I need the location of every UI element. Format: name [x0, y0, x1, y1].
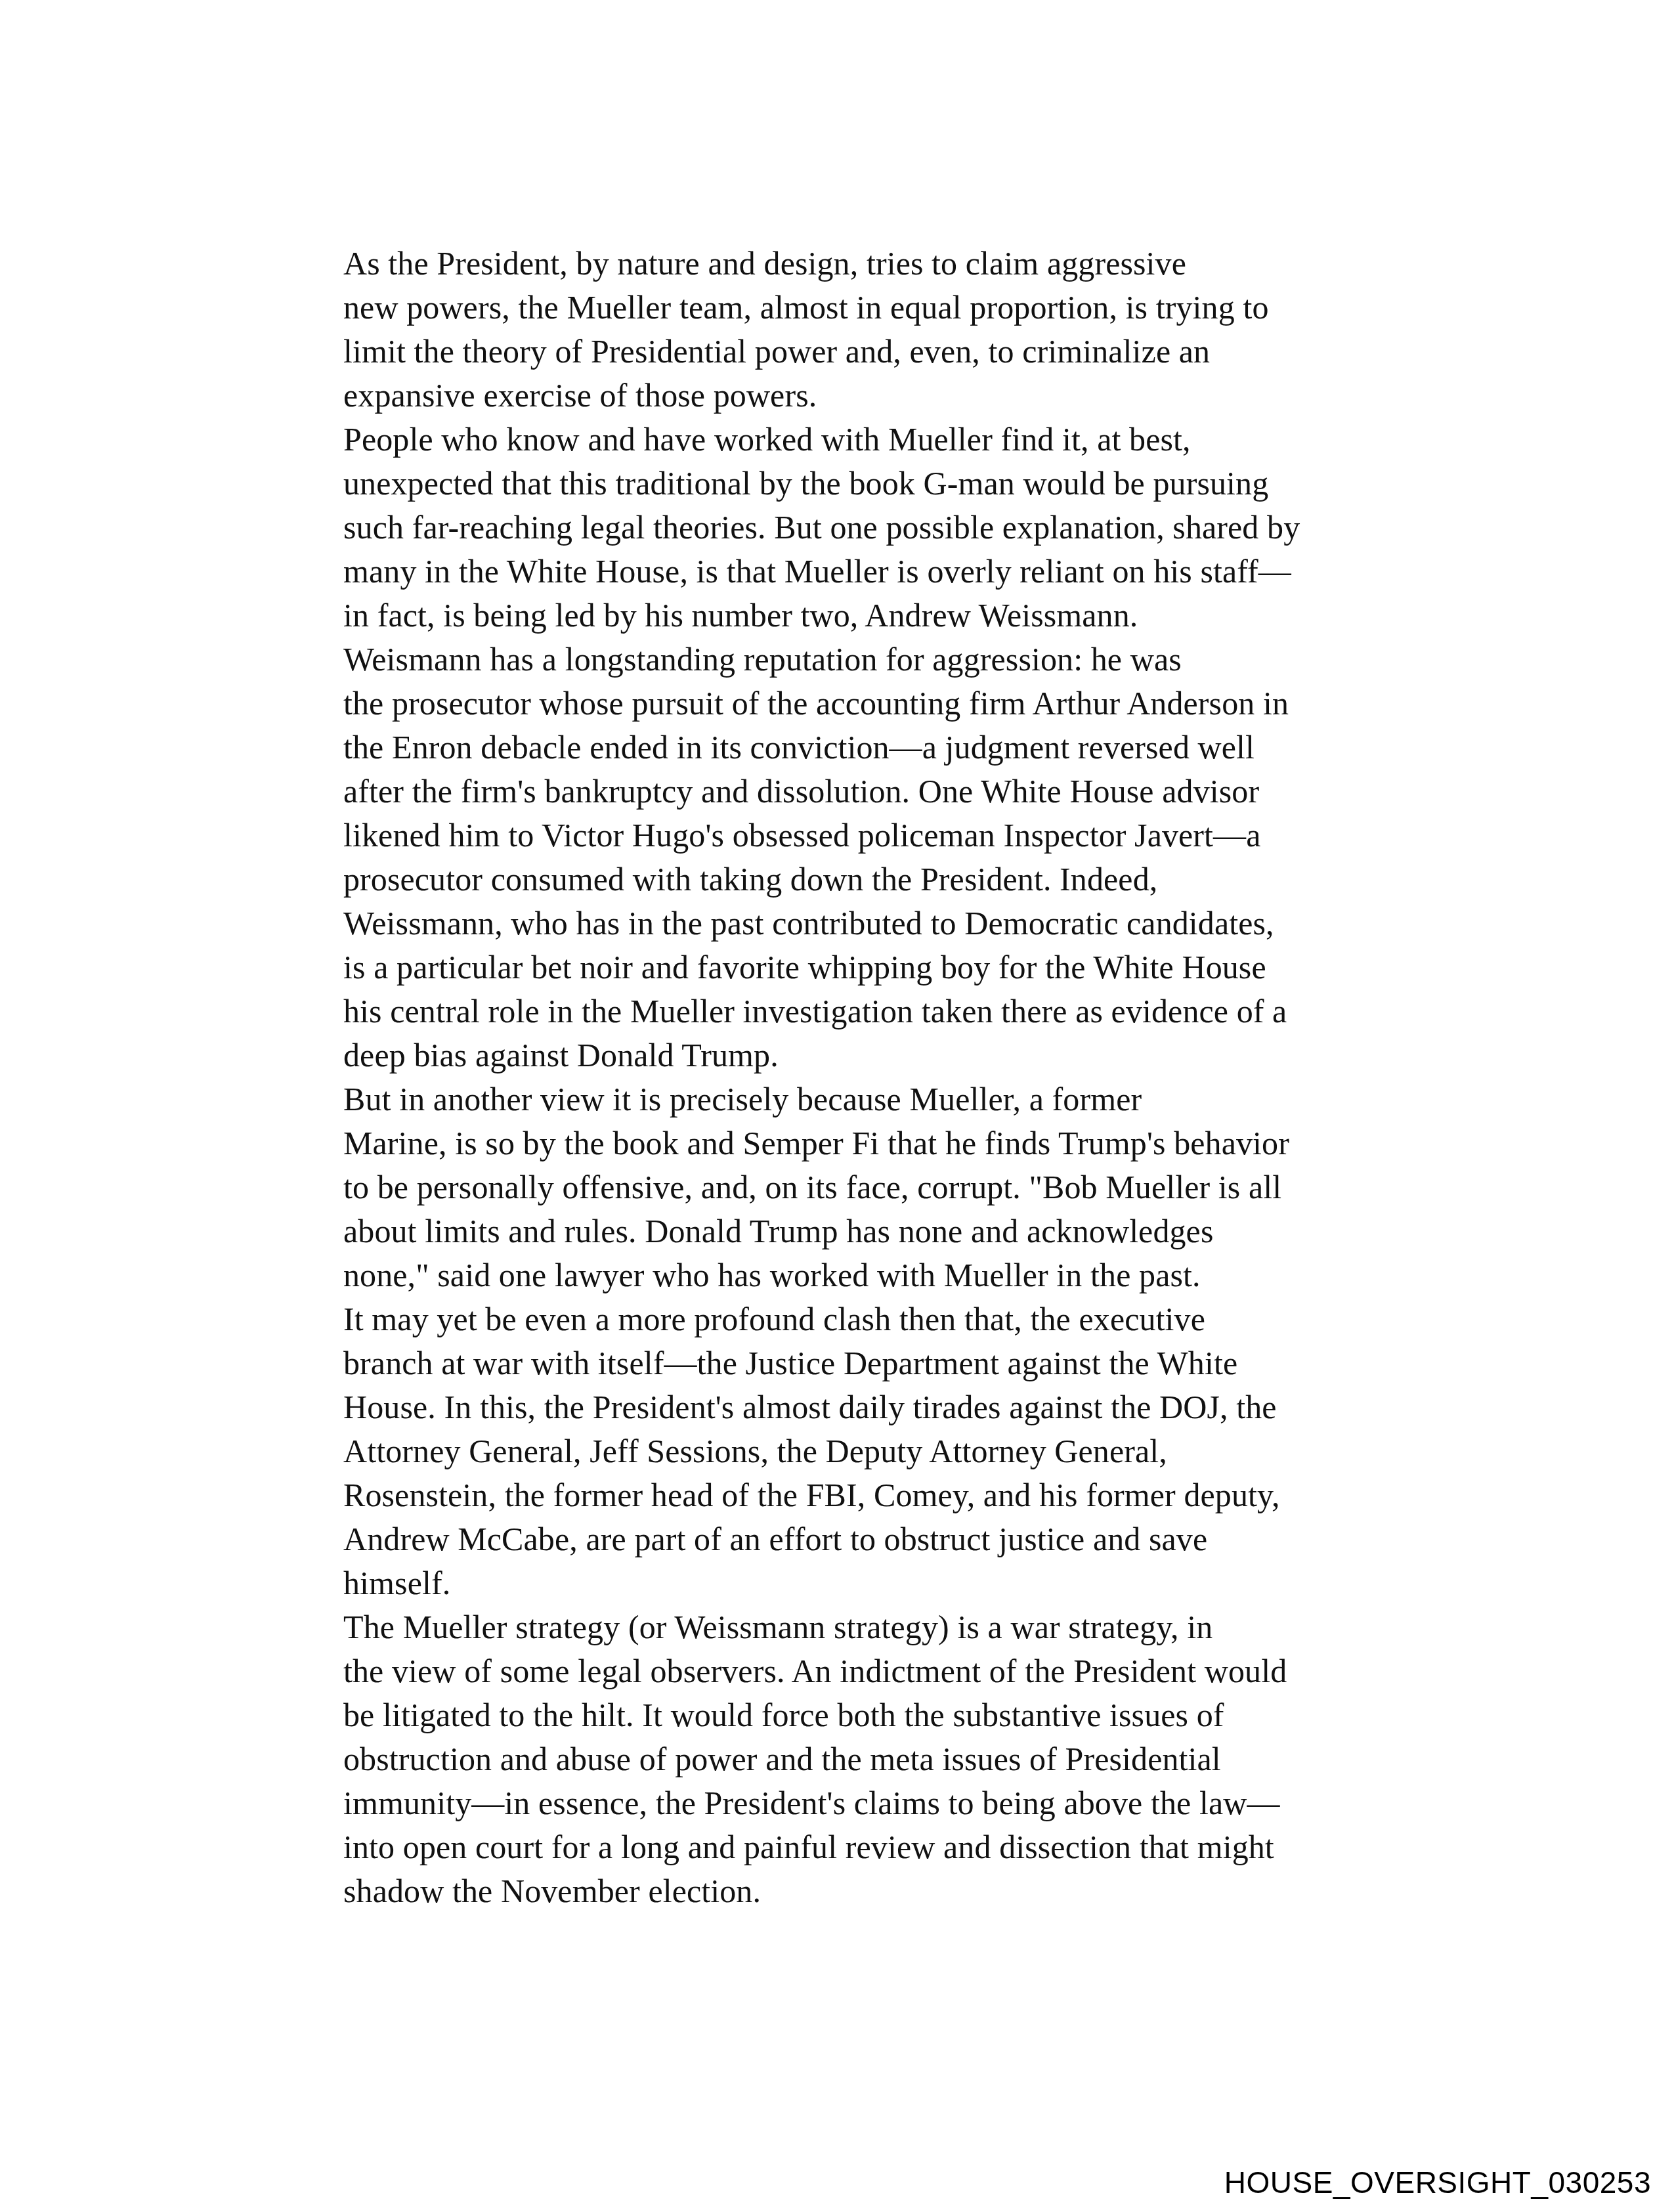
text-line: in fact, is being led by his number two,…: [246, 594, 1428, 638]
text-line: It may yet be even a more profound clash…: [246, 1297, 1428, 1341]
text-line: prosecutor consumed with taking down the…: [246, 857, 1428, 901]
paragraph-4: But in another view it is precisely beca…: [246, 1077, 1428, 1297]
text-line: People who know and have worked with Mue…: [246, 418, 1428, 462]
text-line: the Enron debacle ended in its convictio…: [246, 726, 1428, 770]
text-line: branch at war with itself—the Justice De…: [246, 1341, 1428, 1385]
document-body: As the President, by nature and design, …: [246, 242, 1428, 1913]
text-line: after the firm's bankruptcy and dissolut…: [246, 770, 1428, 813]
paragraph-6: The Mueller strategy (or Weissmann strat…: [246, 1605, 1428, 1913]
text-line: obstruction and abuse of power and the m…: [246, 1737, 1428, 1781]
text-line: many in the White House, is that Mueller…: [246, 550, 1428, 594]
text-line: is a particular bet noir and favorite wh…: [246, 945, 1428, 989]
text-line: House. In this, the President's almost d…: [246, 1385, 1428, 1429]
text-line: the view of some legal observers. An ind…: [246, 1649, 1428, 1693]
text-line: limit the theory of Presidential power a…: [246, 330, 1428, 374]
text-line: such far-reaching legal theories. But on…: [246, 506, 1428, 550]
text-line: Attorney General, Jeff Sessions, the Dep…: [246, 1429, 1428, 1473]
text-line: The Mueller strategy (or Weissmann strat…: [246, 1605, 1428, 1649]
paragraph-2: People who know and have worked with Mue…: [246, 418, 1428, 638]
text-line: to be personally offensive, and, on its …: [246, 1165, 1428, 1209]
text-line: about limits and rules. Donald Trump has…: [246, 1209, 1428, 1253]
text-line: the prosecutor whose pursuit of the acco…: [246, 682, 1428, 726]
paragraph-3: Weismann has a longstanding reputation f…: [246, 638, 1428, 1077]
paragraph-1: As the President, by nature and design, …: [246, 242, 1428, 418]
text-line: Rosenstein, the former head of the FBI, …: [246, 1473, 1428, 1517]
text-line: Andrew McCabe, are part of an effort to …: [246, 1517, 1428, 1561]
text-line: his central role in the Mueller investig…: [246, 989, 1428, 1033]
text-line: unexpected that this traditional by the …: [246, 462, 1428, 506]
text-line: new powers, the Mueller team, almost in …: [246, 286, 1428, 330]
text-line: himself.: [246, 1561, 1428, 1605]
text-line: into open court for a long and painful r…: [246, 1825, 1428, 1869]
bates-stamp: HOUSE_OVERSIGHT_030253: [1224, 2165, 1651, 2200]
text-line: But in another view it is precisely beca…: [246, 1077, 1428, 1121]
text-line: As the President, by nature and design, …: [246, 242, 1428, 286]
text-line: deep bias against Donald Trump.: [246, 1033, 1428, 1077]
text-line: immunity—in essence, the President's cla…: [246, 1781, 1428, 1825]
text-line: be litigated to the hilt. It would force…: [246, 1693, 1428, 1737]
text-line: none," said one lawyer who has worked wi…: [246, 1253, 1428, 1297]
paragraph-5: It may yet be even a more profound clash…: [246, 1297, 1428, 1605]
text-line: Weissmann, who has in the past contribut…: [246, 901, 1428, 945]
text-line: likened him to Victor Hugo's obsessed po…: [246, 813, 1428, 857]
text-line: Weismann has a longstanding reputation f…: [246, 638, 1428, 682]
text-line: shadow the November election.: [246, 1869, 1428, 1913]
text-line: expansive exercise of those powers.: [246, 374, 1428, 418]
text-line: Marine, is so by the book and Semper Fi …: [246, 1121, 1428, 1165]
